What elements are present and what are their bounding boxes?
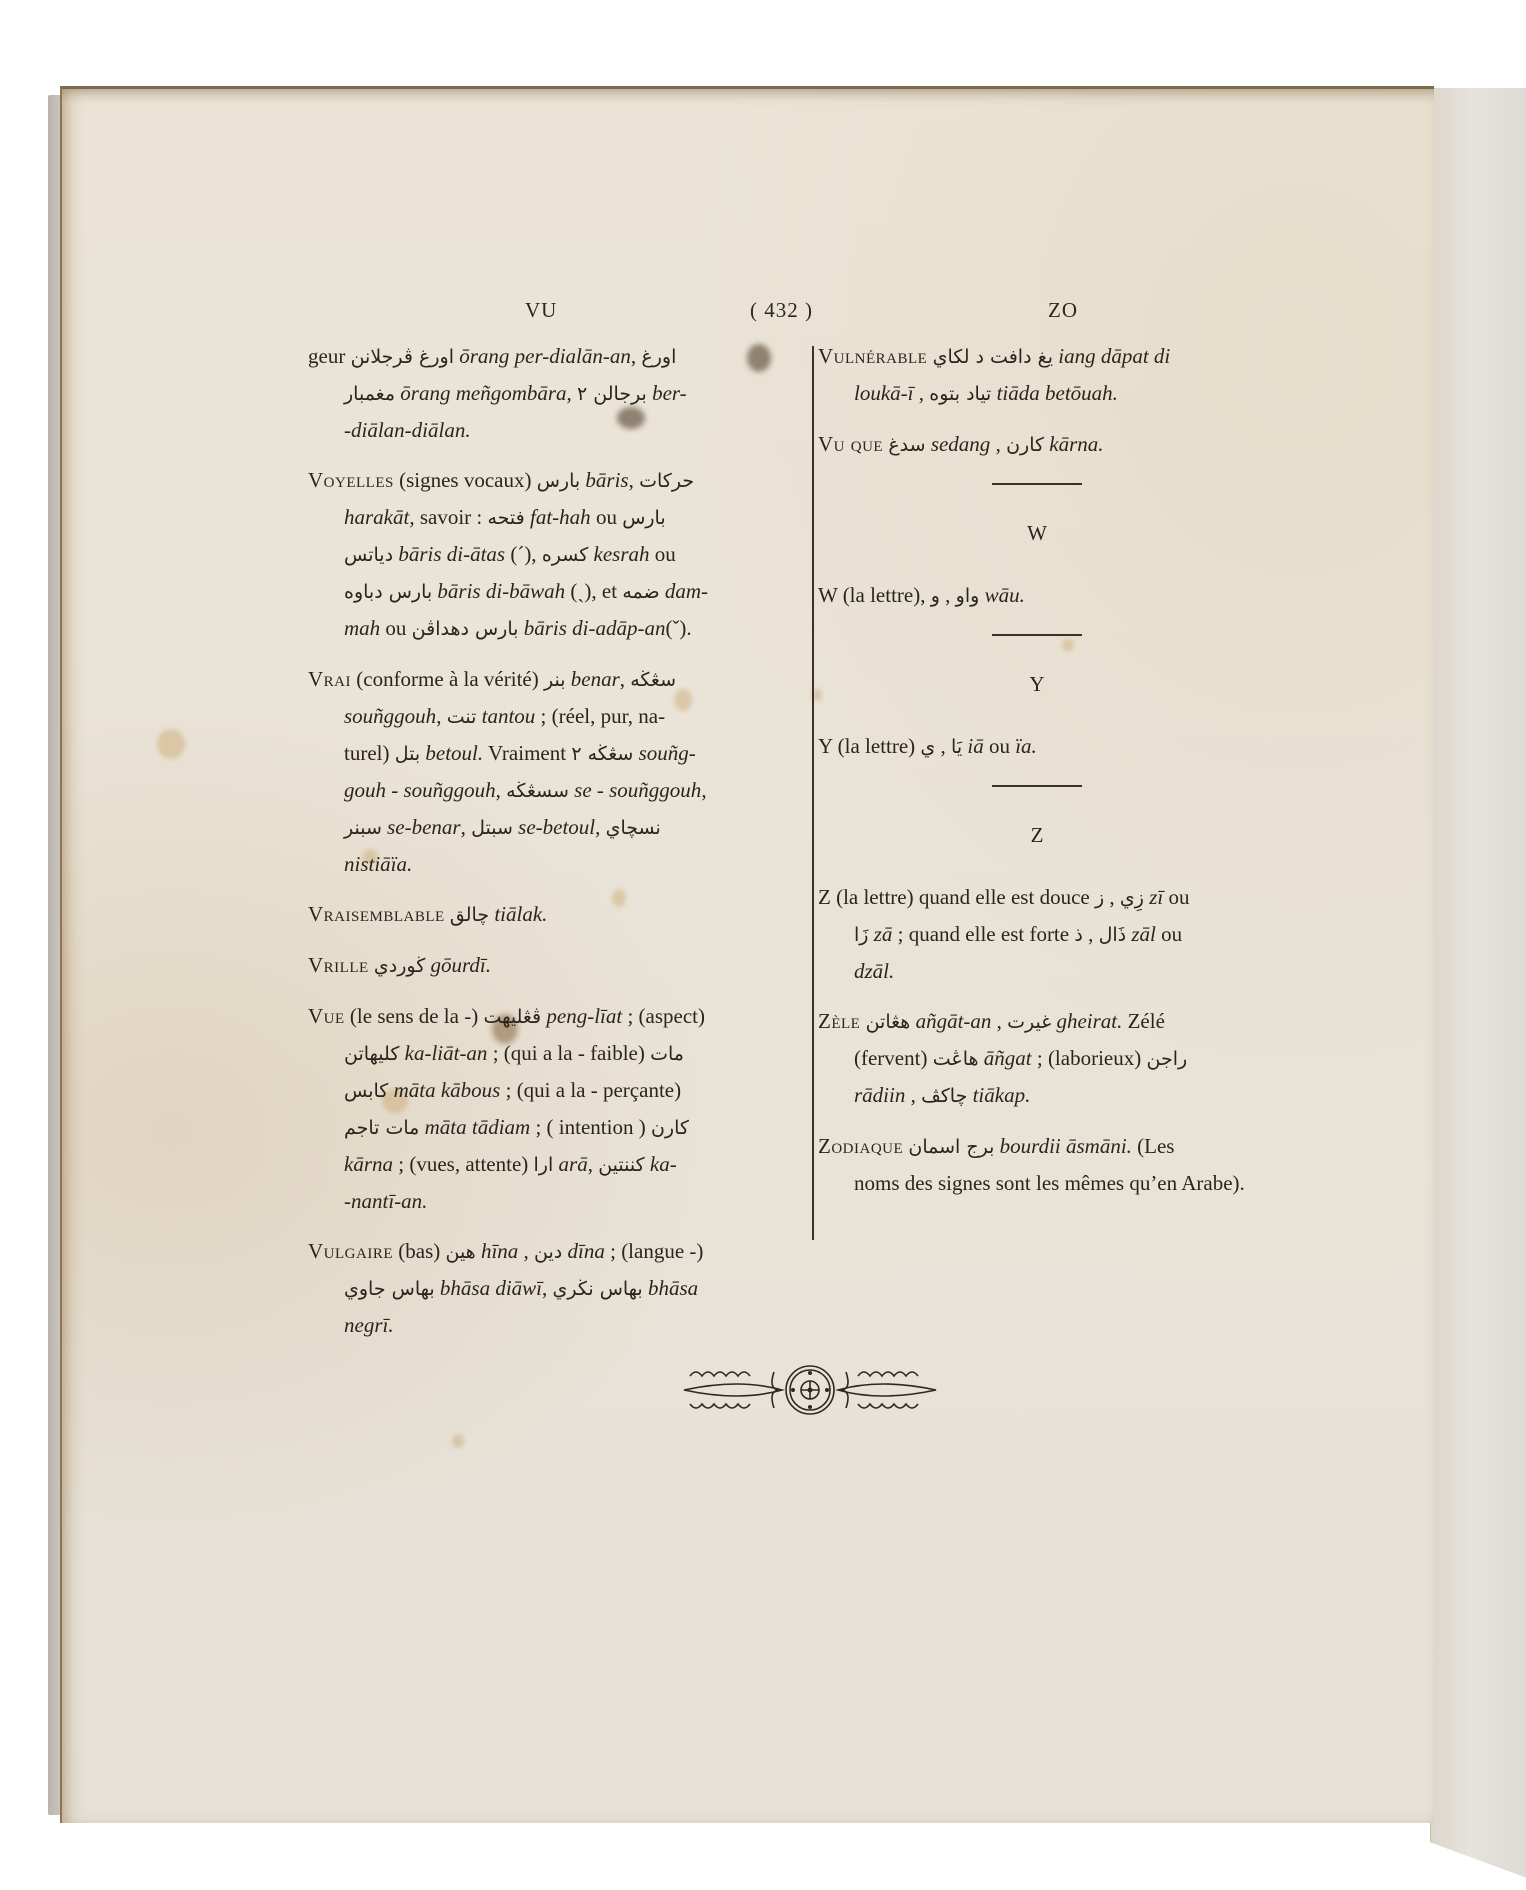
text-run: geur (308, 344, 351, 368)
text-run: , (496, 778, 507, 802)
jawi-script: كسره (542, 544, 588, 566)
jawi-script: تنت (447, 706, 477, 728)
jawi-script: تياد بتوه (929, 383, 991, 405)
jawi-script: دين (534, 1241, 562, 1263)
jawi-script: هين (445, 1241, 475, 1263)
jawi-script: يَا (951, 736, 962, 758)
transliteration: māta tādiam (425, 1115, 531, 1139)
text-run: , (567, 381, 578, 405)
text-run: (ˇ). (665, 616, 691, 640)
text-run: , (913, 381, 929, 405)
dictionary-entry: Vulgaire (bas) هين hīna , دين dīna ; (la… (308, 1233, 808, 1343)
jawi-script: بهاس جاوي (344, 1278, 435, 1300)
text-run: ; (vues, attente) (393, 1152, 534, 1176)
headword: Zèle (818, 1009, 860, 1033)
transliteration: kārna. (1049, 432, 1103, 456)
dictionary-entry: Vulnérable يغ دافت د لكاي iang dāpat dil… (818, 338, 1256, 412)
entry-line: geur اورغ ڤرجلانن ōrang per-dialān-an, ا… (308, 338, 808, 375)
transliteration: ber- (652, 381, 687, 405)
jawi-script: ڬوردي (374, 955, 425, 977)
transliteration: bāris di-bāwah (437, 579, 565, 603)
jawi-script: بهاس نڬري (553, 1278, 643, 1300)
entry-line: W (la lettre), و , واو wāu. (818, 577, 1256, 614)
section-rule (992, 634, 1082, 636)
text-run: , (990, 432, 1006, 456)
transliteration: wāu. (985, 583, 1025, 607)
transliteration: zī (1149, 885, 1163, 909)
entry-line: Vulgaire (bas) هين hīna , دين dīna ; (la… (308, 1233, 808, 1270)
headword: Zodiaque (818, 1134, 903, 1158)
text-run: , (620, 667, 631, 691)
transliteration: tantou (482, 704, 536, 728)
text-run: ; (aspect) (622, 1004, 705, 1028)
transliteration: bhāsa (648, 1276, 698, 1300)
text-run: , (518, 1239, 534, 1263)
jawi-script: سسڠڬه (506, 780, 569, 802)
text-run: Vraiment (483, 741, 571, 765)
jawi-script: راجن (1146, 1048, 1187, 1070)
dictionary-entry: geur اورغ ڤرجلانن ōrang per-dialān-an, ا… (308, 338, 808, 448)
running-head-right: ZO (1048, 298, 1078, 323)
text-run: ; (qui a la - faible) (487, 1041, 650, 1065)
entry-line: loukā-ī , تياد بتوه tiāda betōuah. (818, 375, 1256, 412)
text-run: , (905, 1083, 921, 1107)
entry-line: Voyelles (signes vocaux) بارس bāris, حرك… (308, 462, 808, 499)
transliteration: bāris di-ātas (398, 542, 505, 566)
jawi-script: ذَال (1099, 924, 1127, 946)
text-run: (fervent) (854, 1046, 933, 1070)
text-run: ou (380, 616, 412, 640)
transliteration: gheirat. (1056, 1009, 1122, 1033)
running-head-left: VU (525, 298, 557, 323)
transliteration: gōurdī. (431, 953, 491, 977)
transliteration: tiālak. (494, 902, 547, 926)
transliteration: -nantī-an. (344, 1189, 427, 1213)
jawi-script: كننتين (598, 1154, 644, 1176)
transliteration: peng-līat (546, 1004, 622, 1028)
foxing-spot (157, 729, 185, 759)
transliteration: kārna (344, 1152, 393, 1176)
entry-line: بارس دباوه bāris di-bāwah (ˏ), et ضمه da… (308, 573, 808, 610)
transliteration: betoul. (425, 741, 483, 765)
jawi-script: حركات (639, 470, 694, 492)
dictionary-entry: Vrille ڬوردي gōurdī. (308, 947, 808, 984)
section-rule (992, 785, 1082, 787)
transliteration: souñggouh (344, 704, 436, 728)
text-run: , (461, 815, 472, 839)
column-divider (812, 346, 814, 1240)
entry-line: Vraisemblable چالق tiālak. (308, 896, 808, 933)
transliteration: rādiin (854, 1083, 905, 1107)
transliteration: loukā-ī (854, 381, 913, 405)
dictionary-entry: Vraisemblable چالق tiālak. (308, 896, 808, 933)
text-run: ; (qui a la - perçante) (500, 1078, 681, 1102)
transliteration: ōrang per-dialān-an (459, 344, 631, 368)
entry-line: Zèle هڠاتن añgāt-an , غيرت gheirat. Zélé (818, 1003, 1256, 1040)
entry-line: Vulnérable يغ دافت د لكاي iang dāpat di (818, 338, 1256, 375)
headword: Vraisemblable (308, 902, 445, 926)
transliteration: bhāsa diāwī (440, 1276, 542, 1300)
jawi-script: يغ دافت د لكاي (933, 346, 1053, 368)
text-run: , (588, 1152, 599, 1176)
entry-line: -diālan-diālan. (308, 412, 808, 448)
section-letter-heading: Y (818, 666, 1256, 702)
text-run: , (701, 778, 706, 802)
jawi-script: ڤڠليهت (483, 1006, 541, 1028)
entry-line: -nantī-an. (308, 1183, 808, 1219)
transliteration: bourdii āsmāni. (1000, 1134, 1132, 1158)
text-run: noms des signes sont les mêmes qu’en Ara… (854, 1171, 1245, 1195)
jawi-script: و (931, 585, 940, 607)
text-run: ; quand elle est forte (892, 922, 1074, 946)
headword: Voyelles (308, 468, 394, 492)
transliteration: -diālan-diālan. (344, 418, 471, 442)
text-run: (signes vocaux) (394, 468, 537, 492)
jawi-script: هاڠت (933, 1048, 979, 1070)
entry-line: gouh - souñggouh, سسڠڬه se - souñggouh, (308, 772, 808, 809)
section-rule (992, 483, 1082, 485)
text-run: (ˏ), et (565, 579, 622, 603)
transliteration: negrī. (344, 1313, 394, 1337)
transliteration: bāris di-adāp-an (524, 616, 666, 640)
jawi-script: سڠڬه ٢ (571, 743, 633, 765)
entry-line: Vrai (conforme à la vérité) بنر benar, س… (308, 661, 808, 698)
text-run: ou (984, 734, 1016, 758)
text-run: , (991, 1009, 1007, 1033)
jawi-script: واو (956, 585, 980, 607)
jawi-script: ذ (1074, 924, 1082, 946)
transliteration: ka-liāt-an (405, 1041, 488, 1065)
transliteration: dam- (665, 579, 708, 603)
transliteration: gouh - souñggouh (344, 778, 496, 802)
text-run: ; (langue -) (605, 1239, 704, 1263)
jawi-script: چالق (450, 904, 489, 926)
jawi-script: كابس (344, 1080, 388, 1102)
text-run: , (631, 344, 642, 368)
jawi-script: ي (920, 736, 935, 758)
entry-line: Z (la lettre) quand elle est douce ز , ز… (818, 879, 1256, 916)
headword: Vue (308, 1004, 345, 1028)
jawi-script: اورغ ڤرجلانن (351, 346, 454, 368)
jawi-script: زِي (1120, 887, 1144, 909)
jawi-script: كليهاتن (344, 1043, 399, 1065)
headword: Vu que (818, 432, 883, 456)
headword: Vrai (308, 667, 351, 691)
entry-line: Vrille ڬوردي gōurdī. (308, 947, 808, 984)
text-run: , savoir : (409, 505, 487, 529)
entry-line: Y (la lettre) ي , يَا iā ou ïa. (818, 728, 1256, 765)
foxing-spot (452, 1434, 464, 1448)
transliteration: kesrah (594, 542, 650, 566)
transliteration: āñgat (984, 1046, 1032, 1070)
jawi-script: چاكڤ (921, 1085, 967, 1107)
transliteration: se-betoul (518, 815, 595, 839)
entry-line: rādiin , چاكڤ tiākap. (818, 1077, 1256, 1114)
text-run: Zélé (1122, 1009, 1165, 1033)
text-run: ou (650, 542, 676, 566)
text-run: (bas) (393, 1239, 445, 1263)
dictionary-entry: W (la lettre), و , واو wāu. (818, 577, 1256, 614)
entry-line: دياتس bāris di-ātas (´), كسره kesrah ou (308, 536, 808, 573)
entry-line: kārna ; (vues, attente) ارا arā, كننتين … (308, 1146, 808, 1183)
transliteration: arā (559, 1152, 588, 1176)
text-run: , (629, 468, 640, 492)
entry-line: mah ou بارس دهداڤن bāris di-adāp-an(ˇ). (308, 610, 808, 647)
facing-page-edge (1430, 88, 1526, 1878)
transliteration: mah (344, 616, 380, 640)
transliteration: ōrang meñgombāra (400, 381, 566, 405)
dictionary-entry: Vu que سدغ sedang , كارن kārna. (818, 426, 1256, 463)
transliteration: ka- (650, 1152, 677, 1176)
text-run: ; ( intention ) (530, 1115, 651, 1139)
entry-line: Zodiaque برج اسمان bourdii āsmāni. (Les (818, 1128, 1256, 1165)
transliteration: bāris (585, 468, 628, 492)
text-run: ; (réel, pur, na- (535, 704, 665, 728)
text-run: ou (591, 505, 623, 529)
text-run: ou (1156, 922, 1182, 946)
dictionary-entry: Zodiaque برج اسمان bourdii āsmāni. (Lesn… (818, 1128, 1256, 1201)
page-number: ( 432 ) (750, 298, 813, 323)
transliteration: dzāl. (854, 959, 894, 983)
transliteration: nistiāïa. (344, 852, 412, 876)
jawi-script: بارس دهداڤن (412, 618, 519, 640)
transliteration: sedang (931, 432, 991, 456)
section-letter-heading: W (818, 515, 1256, 551)
transliteration: benar (571, 667, 620, 691)
transliteration: ïa. (1015, 734, 1037, 758)
transliteration: iang dāpat di (1058, 344, 1170, 368)
entry-line: nistiāïa. (308, 846, 808, 882)
entry-line: noms des signes sont les mêmes qu’en Ara… (818, 1165, 1256, 1201)
entry-line: Vu que سدغ sedang , كارن kārna. (818, 426, 1256, 463)
entry-line: souñggouh, تنت tantou ; (réel, pur, na- (308, 698, 808, 735)
entry-line: negrī. (308, 1307, 808, 1343)
dictionary-entry: Y (la lettre) ي , يَا iā ou ïa. (818, 728, 1256, 765)
text-run: Z (la lettre) quand elle est douce (818, 885, 1095, 909)
entry-line: harakāt, savoir : فتحه fat-hah ou بارس (308, 499, 808, 536)
transliteration: tiāda betōuah. (997, 381, 1118, 405)
section-letter-heading: Z (818, 817, 1256, 853)
jawi-script: بارس دباوه (344, 581, 432, 603)
entry-line: سبنر se-benar, سبتل se-betoul, نسچاي (308, 809, 808, 846)
jawi-script: نسچاي (606, 817, 661, 839)
jawi-script: مات تاجم (344, 1117, 419, 1139)
jawi-script: كارن (1006, 434, 1044, 456)
jawi-script: سڠڬه (630, 669, 676, 691)
entry-line: turel) بتل betoul. Vraiment سڠڬه ٢ souñg… (308, 735, 808, 772)
text-run: (Les (1132, 1134, 1175, 1158)
jawi-script: غيرت (1007, 1011, 1051, 1033)
dictionary-entry: Z (la lettre) quand elle est douce ز , ز… (818, 879, 1256, 989)
text-run: , (595, 815, 606, 839)
headword: Vulgaire (308, 1239, 393, 1263)
dictionary-entry: Vrai (conforme à la vérité) بنر benar, س… (308, 661, 808, 882)
jawi-script: ضمه (622, 581, 659, 603)
transliteration: fat-hah (530, 505, 591, 529)
text-run: , (542, 1276, 553, 1300)
headword: Vulnérable (818, 344, 927, 368)
transliteration: souñg- (639, 741, 696, 765)
entry-line: بهاس جاوي bhāsa diāwī, بهاس نڬري bhāsa (308, 1270, 808, 1307)
jawi-script: بتل (395, 743, 420, 765)
entry-line: كليهاتن ka-liāt-an ; (qui a la - faible)… (308, 1035, 808, 1072)
jawi-script: مغمبار (344, 383, 395, 405)
entry-line: Vue (le sens de la -) ڤڠليهت peng-līat ;… (308, 998, 808, 1035)
transliteration: harakāt (344, 505, 409, 529)
jawi-script: هڠاتن (866, 1011, 911, 1033)
jawi-script: بارس (537, 470, 580, 492)
headword: Vrille (308, 953, 369, 977)
text-run: , (935, 734, 951, 758)
entry-line: dzāl. (818, 953, 1256, 989)
jawi-script: بنر (544, 669, 566, 691)
jawi-script: بارس (622, 507, 665, 529)
dictionary-entry: Zèle هڠاتن añgāt-an , غيرت gheirat. Zélé… (818, 1003, 1256, 1114)
entry-line: مات تاجم māta tādiam ; ( intention ) كار… (308, 1109, 808, 1146)
text-run: , (1104, 885, 1120, 909)
jawi-script: برجالن ٢ (577, 383, 647, 405)
jawi-script: برج اسمان (908, 1136, 994, 1158)
left-column: geur اورغ ڤرجلانن ōrang per-dialān-an, ا… (308, 338, 808, 1357)
entry-line: كابس māta kābous ; (qui a la - perçante) (308, 1072, 808, 1109)
text-run: Y (la lettre) (818, 734, 920, 758)
jawi-script: دياتس (344, 544, 393, 566)
jawi-script: ارا (534, 1154, 554, 1176)
text-run: , (940, 583, 956, 607)
text-run: turel) (344, 741, 395, 765)
text-run: W (la lettre), (818, 583, 931, 607)
text-run: (conforme à la vérité) (351, 667, 544, 691)
transliteration: iā (967, 734, 983, 758)
text-run: , (1083, 922, 1099, 946)
transliteration: se-benar (387, 815, 460, 839)
transliteration: māta kābous (394, 1078, 501, 1102)
jawi-script: سبنر (344, 817, 382, 839)
right-column: Vulnérable يغ دافت د لكاي iang dāpat dil… (818, 338, 1256, 1215)
jawi-script: ز (1095, 887, 1104, 909)
transliteration: zā (874, 922, 893, 946)
jawi-script: سدغ (888, 434, 925, 456)
jawi-script: سبتل (471, 817, 513, 839)
jawi-script: زَا (854, 924, 868, 946)
text-run: ou (1163, 885, 1189, 909)
dictionary-entry: Voyelles (signes vocaux) بارس bāris, حرك… (308, 462, 808, 647)
jawi-script: كارن (651, 1117, 689, 1139)
transliteration: zāl (1131, 922, 1156, 946)
jawi-script: اورغ (641, 346, 676, 368)
dictionary-entry: Vue (le sens de la -) ڤڠليهت peng-līat ;… (308, 998, 808, 1219)
entry-line: زَا zā ; quand elle est forte ذ , ذَال z… (818, 916, 1256, 953)
jawi-script: مات (650, 1043, 684, 1065)
transliteration: tiākap. (973, 1083, 1031, 1107)
jawi-script: فتحه (487, 507, 524, 529)
text-run: , (436, 704, 447, 728)
text-run: (´), (505, 542, 542, 566)
transliteration: hīna (481, 1239, 518, 1263)
entry-line: مغمبار ōrang meñgombāra, برجالن ٢ ber- (308, 375, 808, 412)
transliteration: añgāt-an (916, 1009, 992, 1033)
fleuron-ornament-icon (670, 1362, 950, 1418)
entry-line: (fervent) هاڠت āñgat ; (laborieux) راجن (818, 1040, 1256, 1077)
text-run: (le sens de la -) (345, 1004, 484, 1028)
text-run: ; (laborieux) (1032, 1046, 1147, 1070)
transliteration: dīna (568, 1239, 605, 1263)
transliteration: se - souñggouh (574, 778, 701, 802)
